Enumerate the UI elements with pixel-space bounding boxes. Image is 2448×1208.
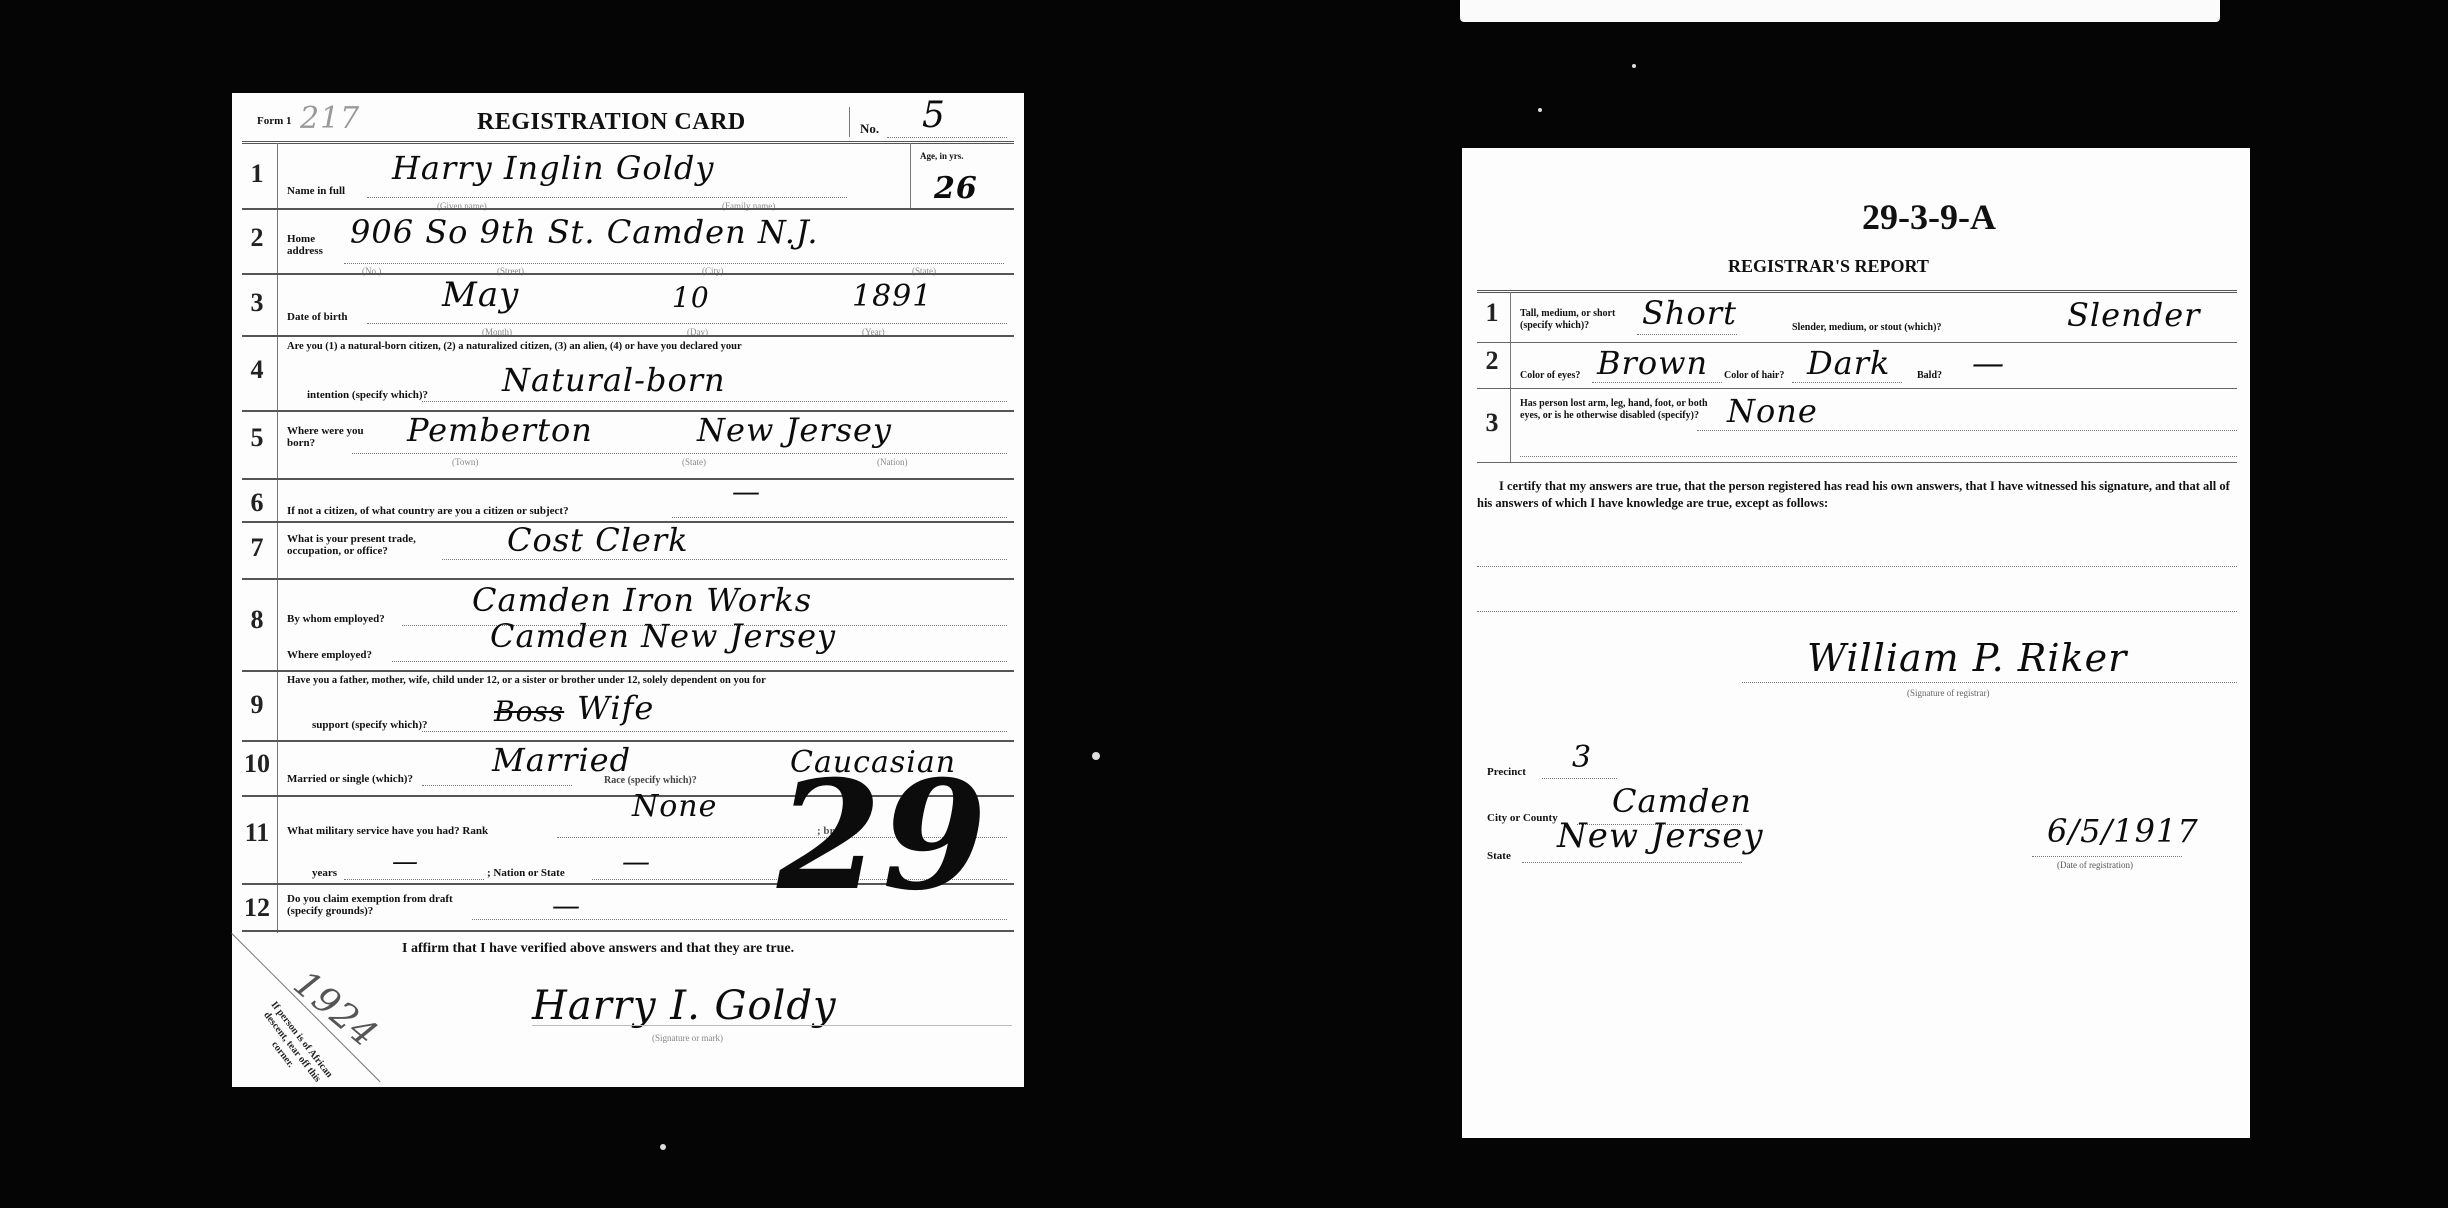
precinct-value: 3 (1572, 740, 1592, 775)
row-number: 2 (1477, 346, 1507, 376)
adjacent-card-edge (1460, 0, 2220, 22)
registrant-signature: Harry I. Goldy (532, 983, 837, 1029)
dust-speck (1632, 64, 1636, 68)
city-county-label: City or County (1487, 812, 1558, 824)
intention-label: intention (specify which)? (307, 389, 428, 401)
age-value: 26 (934, 171, 978, 206)
employer-label: By whom employed? (287, 613, 385, 625)
no-label: No. (860, 121, 879, 137)
birth-day: 10 (672, 281, 710, 314)
bald-value: — (1972, 344, 2005, 382)
row-number: 2 (242, 223, 272, 253)
occupation-label: What is your present trade, occupation, … (287, 533, 437, 557)
row-number: 4 (242, 355, 272, 385)
build-value: Slender (2067, 296, 2200, 334)
years-value: — (392, 847, 419, 877)
birth-month: May (442, 275, 519, 315)
row-number: 3 (1477, 408, 1507, 438)
affirmation-text: I affirm that I have verified above answ… (402, 941, 794, 957)
state-caption: (State) (682, 457, 706, 467)
nation-state-value: — (622, 845, 651, 878)
form-label: Form 1 (257, 115, 292, 127)
birth-state: New Jersey (697, 411, 892, 449)
military-rank-value: None (632, 789, 717, 824)
dust-speck (1092, 752, 1100, 760)
precinct-label: Precinct (1487, 766, 1526, 778)
row-number: 8 (242, 605, 272, 635)
row-number: 11 (242, 818, 272, 848)
citizenship-question: Are you (1) a natural-born citizen, (2) … (287, 341, 742, 352)
card-number: 5 (922, 95, 946, 136)
state-label: State (1487, 850, 1511, 862)
employer-value: Camden Iron Works (472, 581, 812, 619)
row-number: 10 (242, 749, 272, 779)
state-value: New Jersey (1557, 816, 1764, 856)
dependents-question: Have you a father, mother, wife, child u… (287, 675, 766, 686)
form-number: 217 (300, 101, 360, 136)
town-caption: (Town) (452, 457, 478, 467)
years-label: years (312, 867, 337, 879)
row-number: 5 (242, 423, 272, 453)
military-service-label: What military service have you had? Rank (287, 825, 488, 837)
home-address-value: 906 So 9th St. Camden N.J. (350, 213, 818, 251)
citizenship-value: Natural-born (502, 361, 726, 399)
employment-place-label: Where employed? (287, 649, 372, 661)
marital-status-label: Married or single (which)? (287, 773, 413, 785)
serial-number: 29-3-9-A (1862, 196, 1996, 238)
build-label: Slender, medium, or stout (which)? (1792, 322, 1941, 333)
hair-color-value: Dark (1807, 344, 1890, 382)
dust-speck (1538, 108, 1542, 112)
registrars-report-card: 29-3-9-A REGISTRAR'S REPORT 1 Tall, medi… (1462, 148, 2250, 1138)
row-number: 12 (242, 893, 272, 923)
bald-label: Bald? (1917, 370, 1942, 381)
age-label: Age, in yrs. (920, 151, 964, 161)
struck-dependent: Boss (494, 695, 564, 728)
row-number: 6 (242, 488, 272, 518)
registrar-signature: William P. Riker (1807, 636, 2127, 680)
disability-value: None (1727, 392, 1818, 430)
employment-place-value: Camden New Jersey (490, 617, 836, 655)
date-of-birth-label: Date of birth (287, 311, 348, 323)
race-label: Race (specify which)? (604, 775, 697, 786)
row-number: 9 (242, 690, 272, 720)
foreign-citizen-label: If not a citizen, of what country are yo… (287, 505, 569, 517)
city-county-value: Camden (1612, 782, 1752, 820)
signature-caption: (Signature or mark) (652, 1033, 723, 1043)
exemption-value: — (552, 889, 581, 922)
birth-town: Pemberton (407, 411, 593, 449)
occupation-value: Cost Clerk (507, 521, 689, 559)
registration-date: 6/5/1917 (2047, 812, 2199, 850)
birthplace-label: Where were you born? (287, 425, 367, 449)
home-address-label: Home address (287, 233, 347, 257)
eye-color-label: Color of eyes? (1520, 370, 1580, 381)
nation-state-label: ; Nation or State (487, 867, 565, 879)
disability-label: Has person lost arm, leg, hand, foot, or… (1520, 398, 1710, 422)
exemption-label: Do you claim exemption from draft (speci… (287, 893, 487, 917)
certification-text: I certify that my answers are true, that… (1477, 478, 2237, 512)
nation-caption: (Nation) (877, 457, 908, 467)
birth-year: 1891 (852, 279, 932, 314)
height-value: Short (1642, 294, 1737, 332)
registrar-signature-caption: (Signature of registrar) (1907, 688, 1989, 698)
report-title: REGISTRAR'S REPORT (1728, 256, 1929, 277)
dependents-value: Wife (577, 689, 654, 727)
name-label: Name in full (287, 185, 345, 197)
foreign-citizen-value: — (732, 475, 761, 508)
registration-card: Form 1 217 REGISTRATION CARD No. 5 1 Nam… (232, 93, 1024, 1087)
eye-color-value: Brown (1597, 344, 1708, 382)
row-number: 3 (242, 288, 272, 318)
serial-annotation: 29 (777, 761, 988, 911)
row-number: 1 (1477, 298, 1507, 328)
marital-status-value: Married (492, 741, 631, 779)
row-number: 7 (242, 533, 272, 563)
hair-color-label: Color of hair? (1724, 370, 1784, 381)
registration-date-caption: (Date of registration) (2057, 860, 2133, 870)
height-label: Tall, medium, or short (specify which)? (1520, 308, 1640, 332)
card-title: REGISTRATION CARD (477, 109, 746, 136)
name-value: Harry Inglin Goldy (392, 149, 714, 187)
dependents-label: support (specify which)? (312, 719, 428, 731)
row-number: 1 (242, 159, 272, 189)
dust-speck (660, 1144, 666, 1150)
